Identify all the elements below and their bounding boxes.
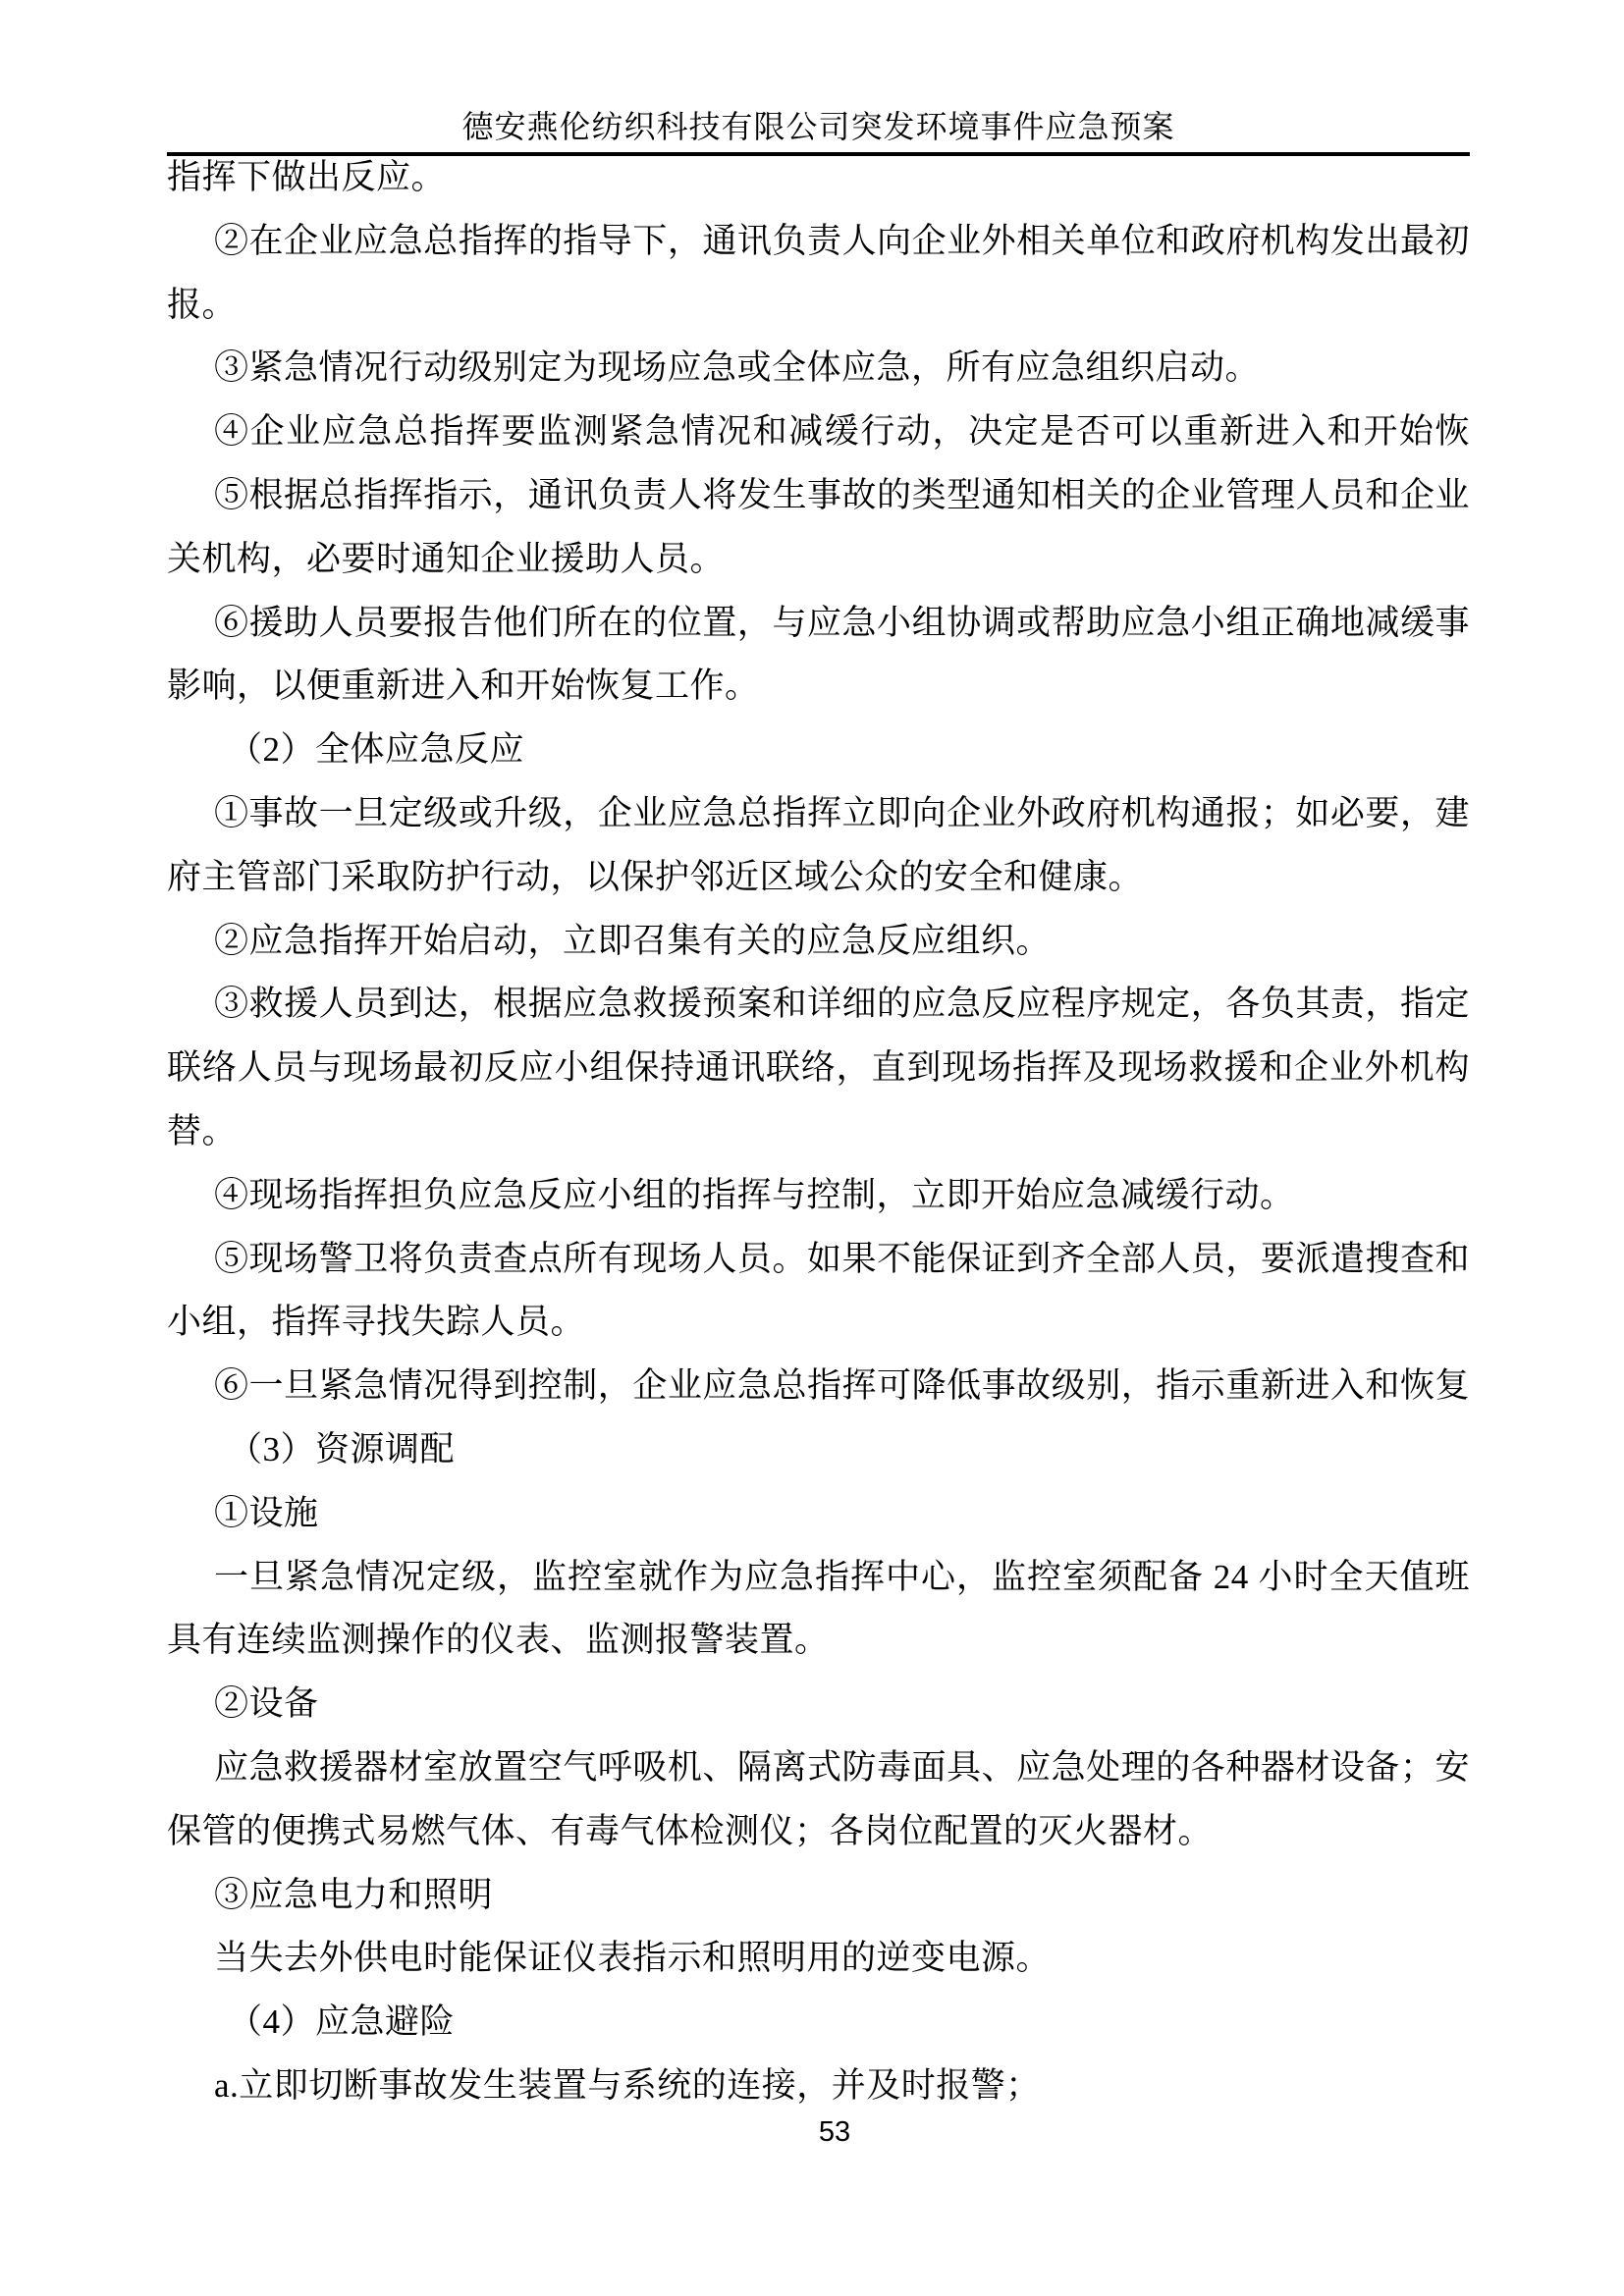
text-line: ①事故一旦定级或升级，企业应急总指挥立即向企业外政府机构通报；如必要，建议政: [167, 782, 1470, 846]
text-line: ④企业应急总指挥要监测紧急情况和减缓行动，决定是否可以重新进入和开始恢复。: [167, 400, 1470, 464]
text-line: （2）全体应急反应: [167, 719, 1470, 782]
text-line: ②在企业应急总指挥的指导下，通讯负责人向企业外相关单位和政府机构发出最初的通: [167, 210, 1470, 274]
text-line: 指挥下做出反应。: [167, 146, 1470, 210]
text-line: 应急救援器材室放置空气呼吸机、隔离式防毒面具、应急处理的各种器材设备；安全部: [167, 1736, 1470, 1800]
text-line: （3）资源调配: [167, 1418, 1470, 1482]
text-line: ②应急指挥开始启动，立即召集有关的应急反应组织。: [167, 910, 1470, 974]
text-line: 具有连续监测操作的仪表、监测报警装置。: [167, 1609, 1470, 1673]
text-line: 小组，指挥寻找失踪人员。: [167, 1291, 1470, 1355]
text-line: ⑤现场警卫将负责查点所有现场人员。如果不能保证到齐全部人员，要派遣搜查和营救: [167, 1228, 1470, 1292]
text-line: 保管的便携式易燃气体、有毒气体检测仪；各岗位配置的灭火器材。: [167, 1800, 1470, 1864]
text-line: 联络人员与现场最初反应小组保持通讯联络，直到现场指挥及现场救援和企业外机构到来接: [167, 1037, 1470, 1100]
text-line: ⑤根据总指挥指示，通讯负责人将发生事故的类型通知相关的企业管理人员和企业外相: [167, 464, 1470, 528]
text-line: ③救援人员到达，根据应急救援预案和详细的应急反应程序规定，各负其责，指定通讯: [167, 973, 1470, 1037]
text-line: 一旦紧急情况定级，监控室就作为应急指挥中心，监控室须配备 24 小时全天值班人员…: [167, 1546, 1470, 1610]
text-line: ④现场指挥担负应急反应小组的指挥与控制，立即开始应急减缓行动。: [167, 1164, 1470, 1228]
text-line: 替。: [167, 1100, 1470, 1164]
text-line: 当失去外供电时能保证仪表指示和照明用的逆变电源。: [167, 1927, 1470, 1991]
document-page: 德安燕伦纺织科技有限公司突发环境事件应急预案 指挥下做出反应。②在企业应急总指挥…: [0, 0, 1624, 2296]
document-body: 指挥下做出反应。②在企业应急总指挥的指导下，通讯负责人向企业外相关单位和政府机构…: [167, 146, 1470, 2118]
text-line: 府主管部门采取防护行动，以保护邻近区域公众的安全和健康。: [167, 846, 1470, 910]
text-line: ⑥一旦紧急情况得到控制，企业应急总指挥可降低事故级别，指示重新进入和恢复行动。: [167, 1355, 1470, 1418]
text-line: ⑥援助人员要报告他们所在的位置，与应急小组协调或帮助应急小组正确地减缓事故的: [167, 592, 1470, 656]
text-line: ①设施: [167, 1482, 1470, 1546]
page-number: 53: [0, 2112, 1624, 2152]
text-line: 影响，以便重新进入和开始恢复工作。: [167, 655, 1470, 719]
document-header-title: 德安燕伦纺织科技有限公司突发环境事件应急预案: [167, 104, 1470, 149]
text-line: （4）应急避险: [167, 1991, 1470, 2055]
text-line: 报。: [167, 274, 1470, 338]
text-line: 关机构，必要时通知企业援助人员。: [167, 528, 1470, 592]
text-line: ②设备: [167, 1673, 1470, 1736]
text-line: ③应急电力和照明: [167, 1864, 1470, 1928]
text-line: ③紧急情况行动级别定为现场应急或全体应急，所有应急组织启动。: [167, 337, 1470, 400]
text-line: a.立即切断事故发生装置与系统的连接，并及时报警；: [167, 2055, 1470, 2118]
